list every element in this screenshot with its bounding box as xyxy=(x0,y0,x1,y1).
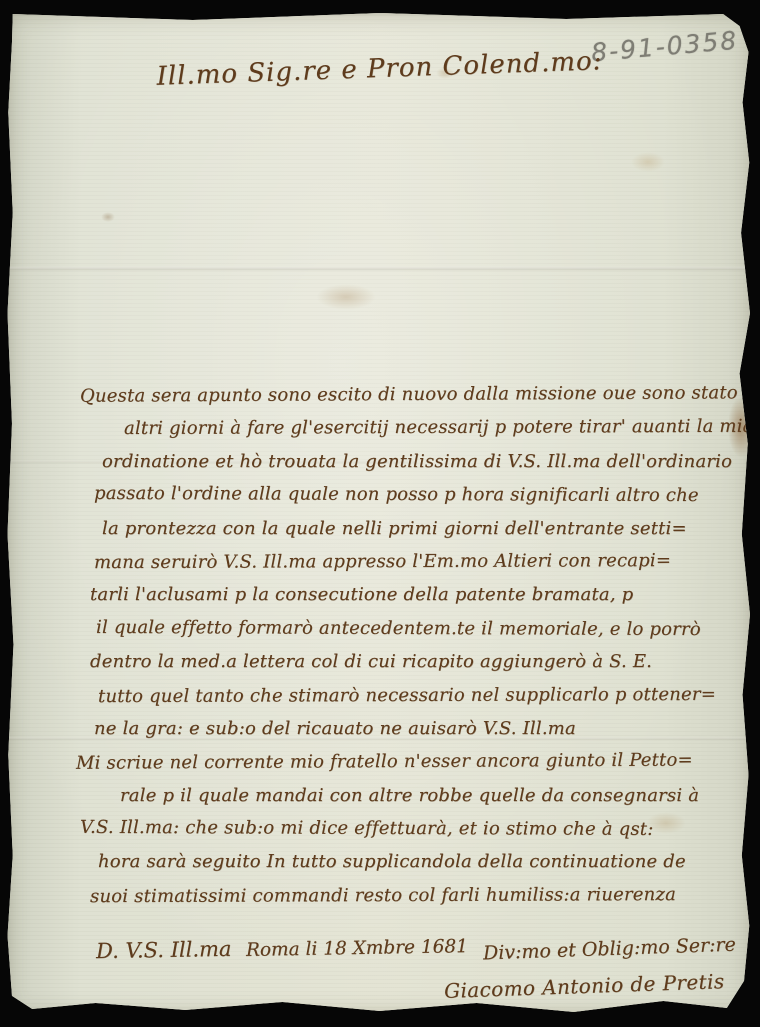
body-line: ne la gra: e sub:o del ricauato ne auisa… xyxy=(76,712,736,745)
body-line-text: Questa sera apunto sono escito di nuovo … xyxy=(80,382,760,407)
signature: Giacomo Antonio de Pretis xyxy=(444,969,725,1003)
paper-sheet: 8-91-0358 Ill.mo Sig.re e Pron Colend.mo… xyxy=(6,12,753,1016)
body-line: la prontezza con la quale nelli primi gi… xyxy=(76,512,736,545)
body-line: suoi stimatissimi commandi resto col far… xyxy=(76,878,736,914)
salutation: Ill.mo Sig.re e Pron Colend.mo: xyxy=(6,41,754,97)
body-line: tutto quel tanto che stimarò necessario … xyxy=(76,677,736,713)
body-line: passato l'ordine alla quale non posso p … xyxy=(76,477,736,513)
fold-crease xyxy=(6,267,753,270)
body-line: altri giorni à fare gl'esercitij necessa… xyxy=(76,410,736,446)
body-line: Questa sera apunto sono escito di nuovo … xyxy=(76,376,736,413)
body-line: ordinatione et hò trouata la gentilissim… xyxy=(76,445,736,478)
body-line: rale p il quale mandai con altre robbe q… xyxy=(76,779,736,812)
letter-scan: 8-91-0358 Ill.mo Sig.re e Pron Colend.mo… xyxy=(0,0,760,1027)
paper-stain xyxy=(631,152,665,172)
paper-stain xyxy=(101,212,115,222)
body-line: V.S. Ill.ma: che sub:o mi dice effettuar… xyxy=(76,811,736,847)
body-line: hora sarà seguito In tutto supplicandola… xyxy=(76,845,736,878)
body-line: il quale effetto formarò antecedentem.te… xyxy=(76,611,736,647)
closing-formula: Div:mo et Oblig:mo Ser:re xyxy=(483,934,737,967)
body-line: mana seruirò V.S. Ill.ma appresso l'Em.m… xyxy=(76,544,736,580)
valediction: D. V.S. Ill.ma xyxy=(96,937,232,963)
closing-row: D. V.S. Ill.ma Roma li 18 Xmbre 1681 Div… xyxy=(96,938,736,962)
body-line: Mi scriue nel corrente mio fratello n'es… xyxy=(76,744,736,781)
paper-stain xyxy=(316,284,376,310)
place-date: Roma li 18 Xmbre 1681 xyxy=(246,936,468,964)
body-line: dentro la med.a lettera col di cui ricap… xyxy=(76,645,736,678)
body-line: tarli l'aclusami p la consecutione della… xyxy=(76,578,736,611)
letter-body: Questa sera apunto sono escito di nuovo … xyxy=(76,378,736,912)
